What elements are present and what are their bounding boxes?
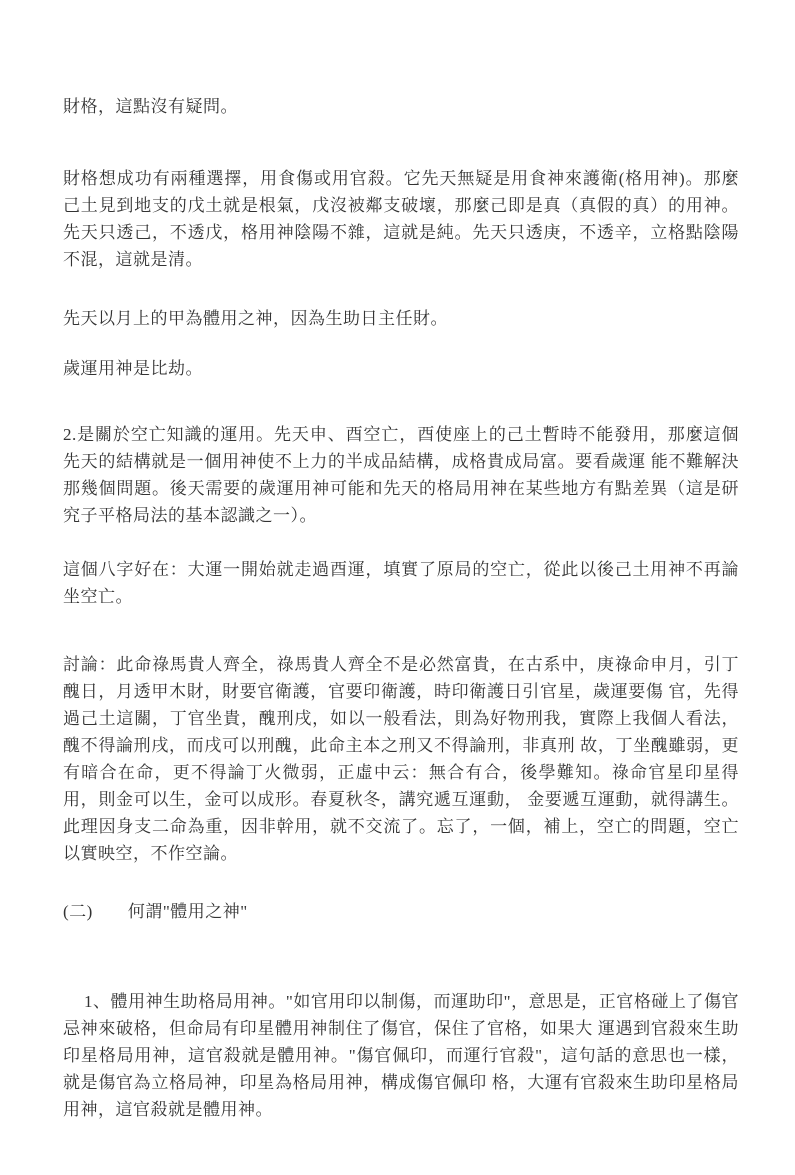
section-heading-title: 何謂"體用之神" [128,902,248,921]
document-page: 財格，這點沒有疑問。 財格想成功有兩種選擇，用食傷或用官殺。它先天無疑是用食神來… [0,0,795,1175]
section-heading: (二)何謂"體用之神" [63,898,739,925]
paragraph-bazi-strength: 這個八字好在：大運一開始就走過酉運，填實了原局的空亡，從此以後己土用神不再論坐空… [63,556,739,610]
paragraph-discussion: 討論：此命祿馬貴人齊全，祿馬貴人齊全不是必然富貴，在古系中，庚祿命申月，引丁醜日… [63,651,739,867]
paragraph-conclusion-wealth-structure: 財格，這點沒有疑問。 [63,93,739,120]
paragraph-void-knowledge: 2.是關於空亡知識的運用。先天申、酉空亡，酉使座上的己土暫時不能發用，那麼這個先… [63,421,739,529]
paragraph-body-use-god-definition: 1、體用神生助格局用神。"如官用印以制傷，而運助印"，意思是，正官格碰上了傷官忌… [63,988,739,1123]
paragraph-wealth-structure-success: 財格想成功有兩種選擇，用食傷或用官殺。它先天無疑是用食神來護衛(格用神)。那麼己… [63,165,739,273]
section-heading-number: (二) [63,898,93,925]
paragraph-innate-body-use-god: 先天以月上的甲為體用之神，因為生助日主任財。 [63,305,739,332]
paragraph-luck-use-god: 歲運用神是比劫。 [63,355,739,382]
